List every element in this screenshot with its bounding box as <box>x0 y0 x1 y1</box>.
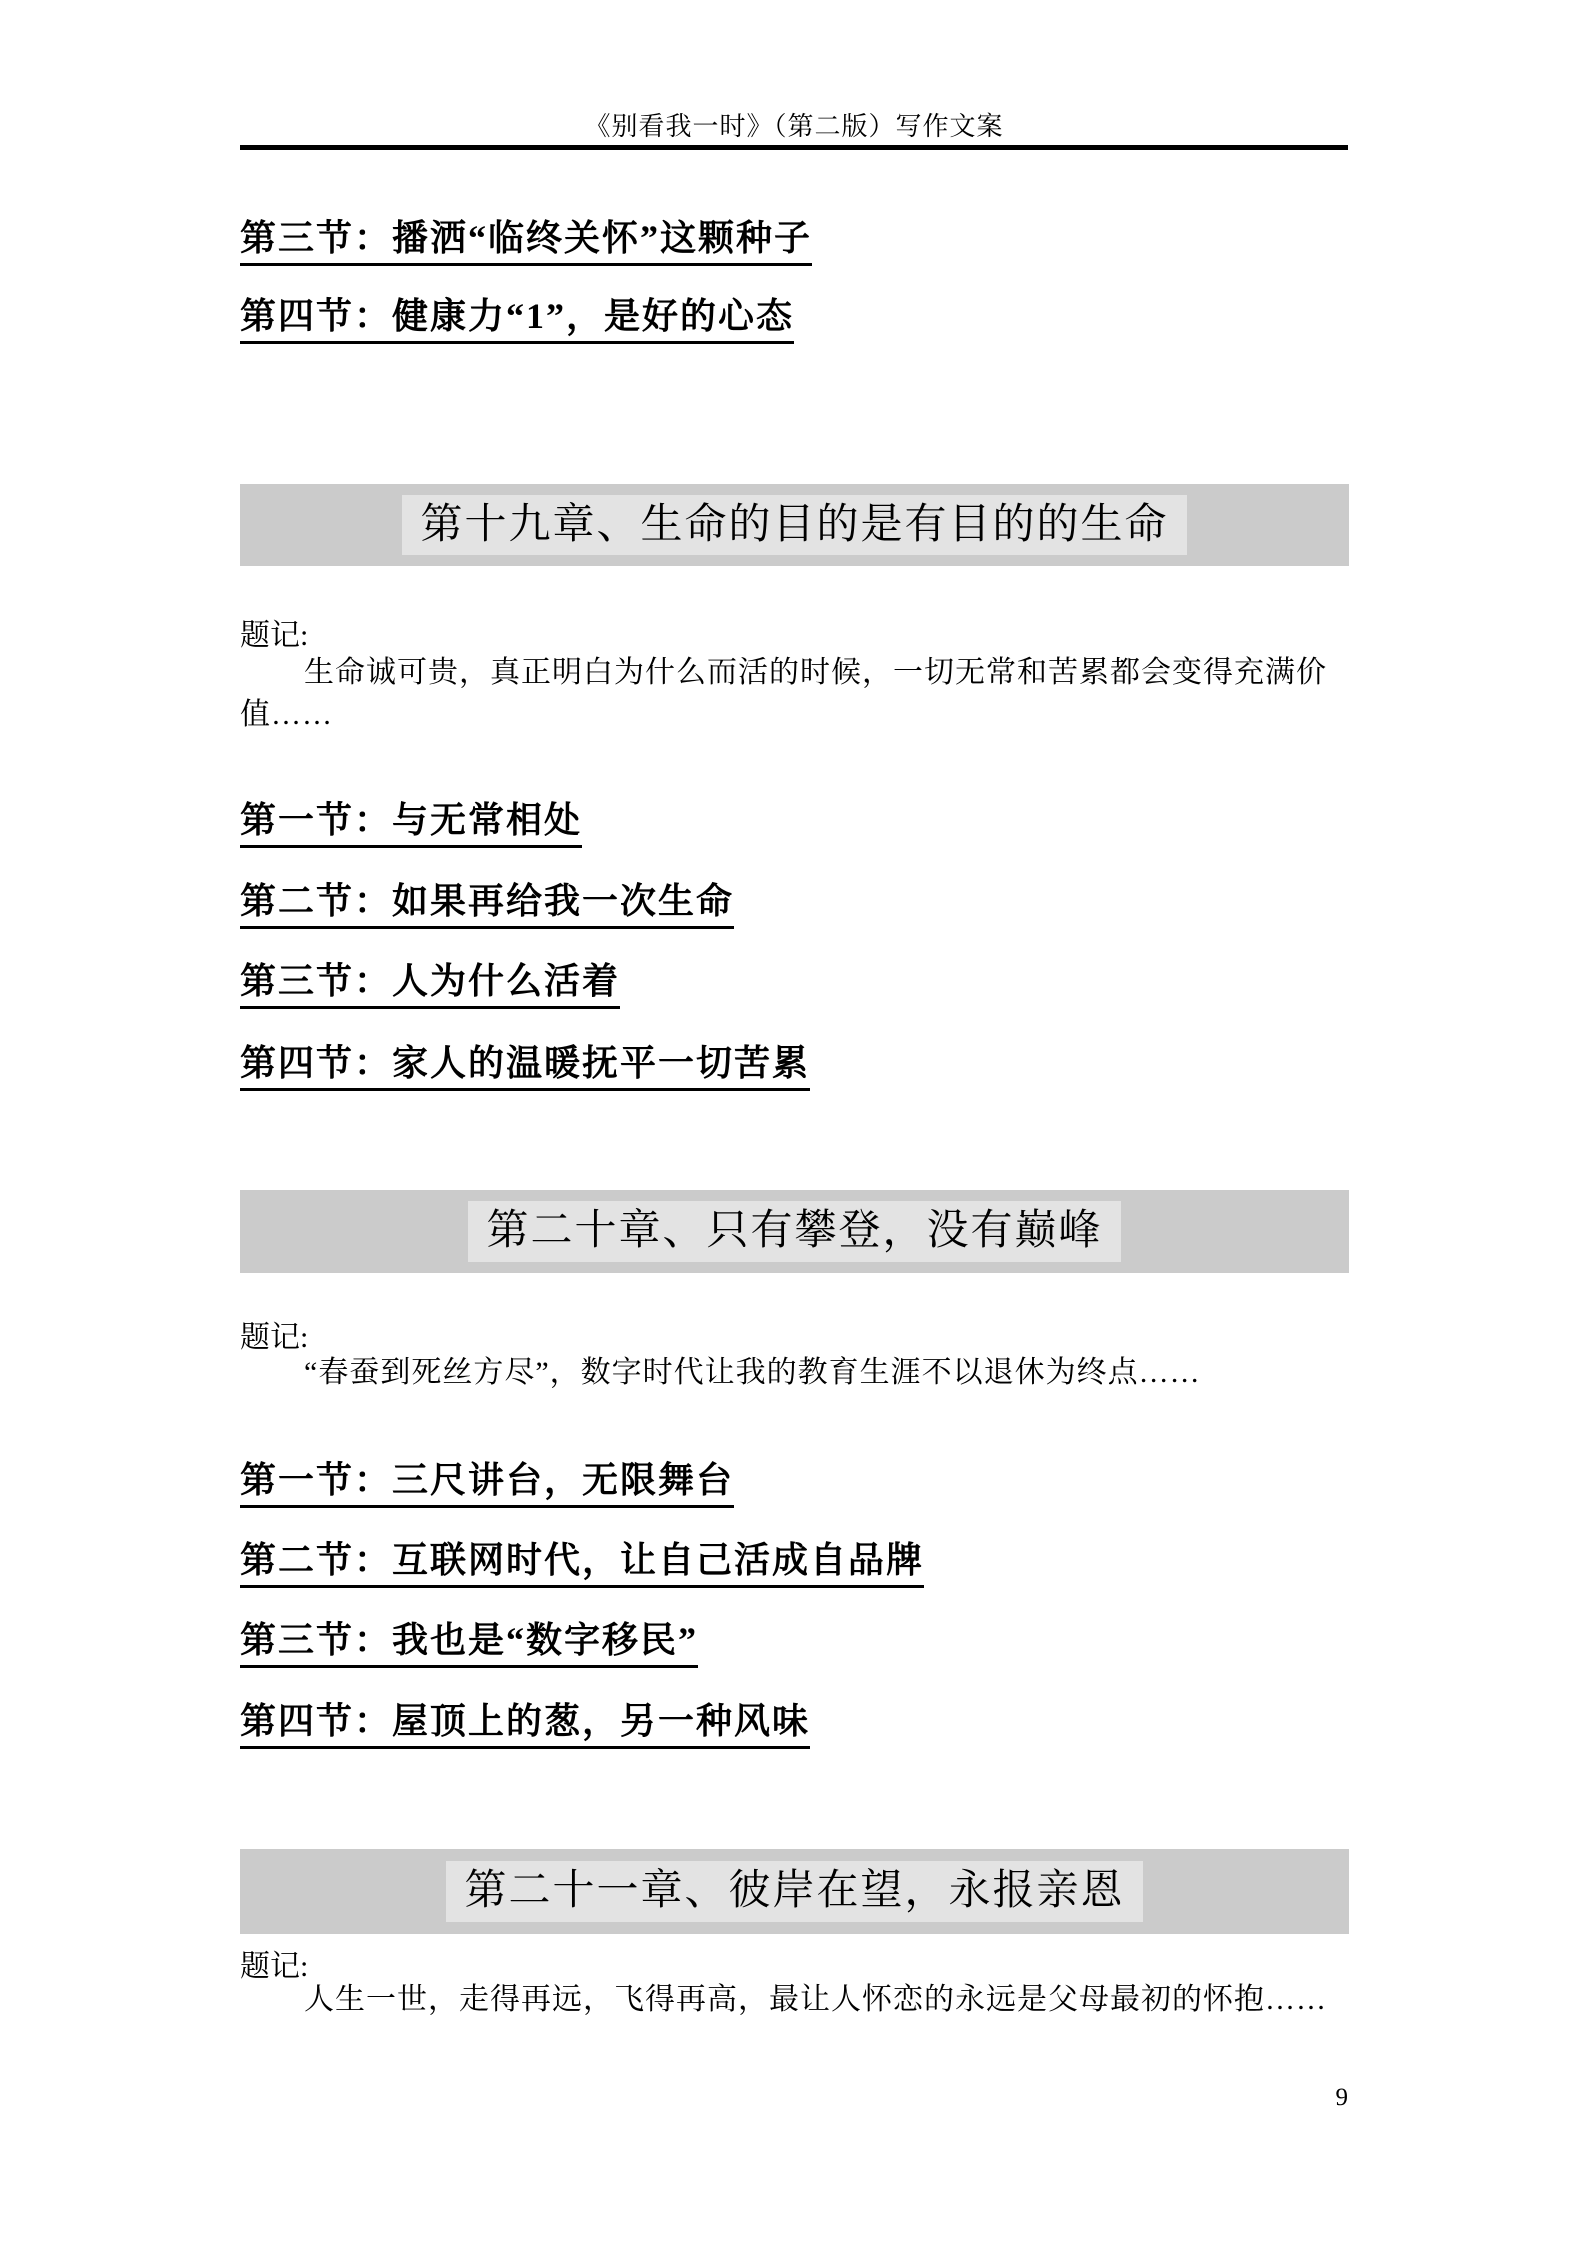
chapter-19-title: 第十九章、生命的目的是有目的的生命 <box>402 495 1186 555</box>
chapter-20-title: 第二十章、只有攀登，没有巅峰 <box>468 1201 1120 1261</box>
chapter-20-section-1: 第一节：三尺讲台，无限舞台 <box>240 1460 734 1508</box>
chapter-19-section-3: 第三节：人为什么活着 <box>240 961 620 1009</box>
chapter-20-section-1-label: 第一节：三尺讲台，无限舞台 <box>240 1460 734 1508</box>
intro-section-3: 第三节：播洒“临终关怀”这颗种子 <box>240 218 812 266</box>
chapter-20-banner: 第二十章、只有攀登，没有巅峰 <box>240 1190 1349 1273</box>
document-page: 《别看我一时》（第二版）写作文案 第三节：播洒“临终关怀”这颗种子 第四节：健康… <box>0 0 1587 2245</box>
chapter-21-title: 第二十一章、彼岸在望，永报亲恩 <box>446 1861 1142 1921</box>
chapter-20-section-3-label: 第三节：我也是“数字移民” <box>240 1620 698 1668</box>
intro-section-3-label: 第三节：播洒“临终关怀”这颗种子 <box>240 218 812 266</box>
chapter-19-section-1: 第一节：与无常相处 <box>240 800 582 848</box>
intro-section-4-label: 第四节：健康力“1”，是好的心态 <box>240 296 794 344</box>
chapter-20-section-3: 第三节：我也是“数字移民” <box>240 1620 698 1668</box>
chapter-21-epigraph: 人生一世，走得再远，飞得再高，最让人怀恋的永远是父母最初的怀抱…… <box>240 1979 1348 2021</box>
chapter-19-section-4: 第四节：家人的温暖抚平一切苦累 <box>240 1043 810 1091</box>
header-rule <box>240 145 1348 150</box>
page-number: 9 <box>240 2084 1348 2112</box>
intro-section-4: 第四节：健康力“1”，是好的心态 <box>240 296 794 344</box>
chapter-20-section-2: 第二节：互联网时代，让自己活成自品牌 <box>240 1540 924 1588</box>
chapter-19-section-1-label: 第一节：与无常相处 <box>240 800 582 848</box>
chapter-19-epigraph-label: 题记: <box>240 610 308 654</box>
chapter-19-epigraph: 生命诚可贵，真正明白为什么而活的时候，一切无常和苦累都会变得充满价值…… <box>240 652 1348 736</box>
chapter-21-banner: 第二十一章、彼岸在望，永报亲恩 <box>240 1849 1349 1934</box>
chapter-20-section-4-label: 第四节：屋顶上的葱，另一种风味 <box>240 1701 810 1749</box>
chapter-19-section-4-label: 第四节：家人的温暖抚平一切苦累 <box>240 1043 810 1091</box>
chapter-19-section-3-label: 第三节：人为什么活着 <box>240 961 620 1009</box>
chapter-20-epigraph-label: 题记: <box>240 1312 308 1356</box>
chapter-19-banner: 第十九章、生命的目的是有目的的生命 <box>240 484 1349 566</box>
chapter-19-section-2-label: 第二节：如果再给我一次生命 <box>240 881 734 929</box>
chapter-20-section-4: 第四节：屋顶上的葱，另一种风味 <box>240 1701 810 1749</box>
page-header-title: 《别看我一时》（第二版）写作文案 <box>240 106 1348 143</box>
chapter-19-section-2: 第二节：如果再给我一次生命 <box>240 881 734 929</box>
chapter-20-epigraph: “春蚕到死丝方尽”，数字时代让我的教育生涯不以退休为终点…… <box>240 1352 1348 1394</box>
chapter-20-section-2-label: 第二节：互联网时代，让自己活成自品牌 <box>240 1540 924 1588</box>
